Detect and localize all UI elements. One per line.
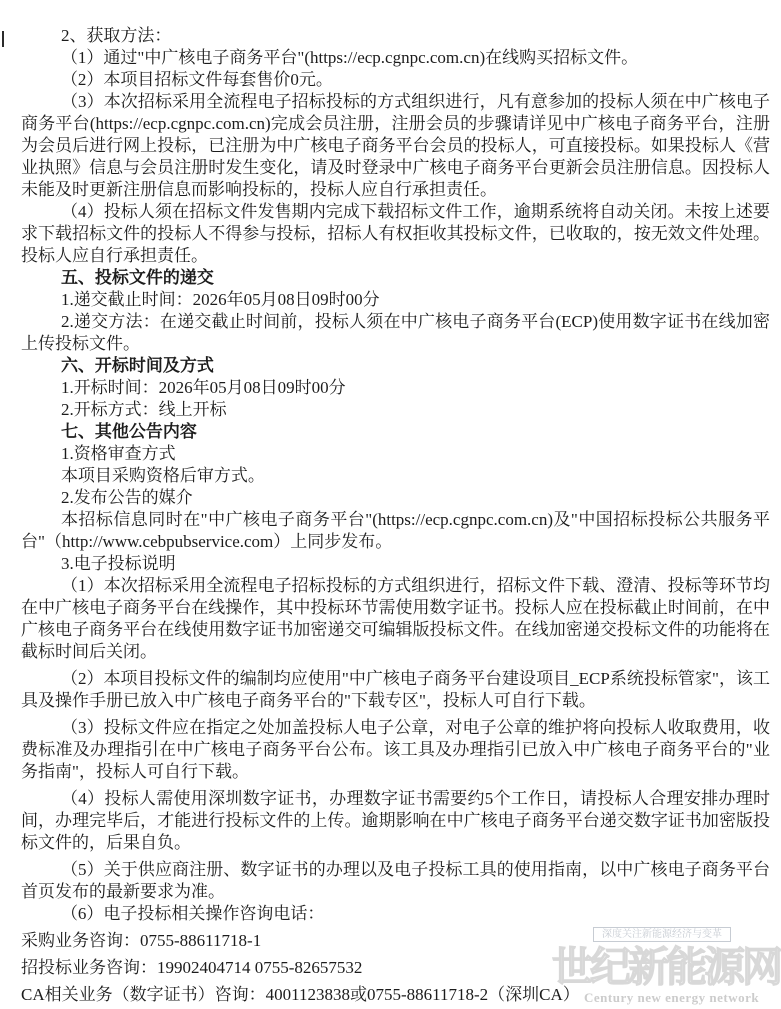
paragraph: 3.电子投标说明	[21, 553, 770, 575]
paragraph: （1）本次招标采用全流程电子招标投标的方式组织进行，招标文件下载、澄清、投标等环…	[21, 575, 770, 663]
paragraph: （4）投标人需使用深圳数字证书，办理数字证书需要约5个工作日，请投标人合理安排办…	[21, 788, 770, 854]
paragraph: CA相关业务（数字证书）咨询：4001123838或0755-88611718-…	[21, 984, 770, 1006]
section-heading: 五、投标文件的递交	[21, 267, 770, 289]
paragraph: 招投标业务咨询：19902404714 0755-82657532	[21, 957, 770, 979]
paragraph: （3）本次招标采用全流程电子招标投标的方式组织进行，凡有意参加的投标人须在中广核…	[21, 91, 770, 201]
paragraph: （2）本项目招标文件每套售价0元。	[21, 69, 770, 91]
paragraph: 2、获取方法：	[21, 25, 770, 47]
paragraph: （3）投标文件应在指定之处加盖投标人电子公章，对电子公章的维护将向投标人收取费用…	[21, 717, 770, 783]
paragraph: （1）通过"中广核电子商务平台"(https://ecp.cgnpc.com.c…	[21, 47, 770, 69]
paragraph: （6）电子投标相关操作咨询电话：	[21, 903, 770, 925]
paragraph: 2.发布公告的媒介	[21, 487, 770, 509]
paragraph: 1.资格审查方式	[21, 443, 770, 465]
paragraph: 2.开标方式：线上开标	[21, 399, 770, 421]
paragraph: 本招标信息同时在"中广核电子商务平台"(https://ecp.cgnpc.co…	[21, 509, 770, 553]
paragraph: （4）投标人须在招标文件发售期内完成下载招标文件工作，逾期系统将自动关闭。未按上…	[21, 201, 770, 267]
paragraph: 1.递交截止时间：2026年05月08日09时00分	[21, 289, 770, 311]
scan-artifact-line	[2, 31, 4, 47]
paragraph: 本项目采购资格后审方式。	[21, 465, 770, 487]
paragraph: 2.递交方法：在递交截止时间前，投标人须在中广核电子商务平台(ECP)使用数字证…	[21, 311, 770, 355]
paragraph: 采购业务咨询：0755-88611718-1	[21, 930, 770, 952]
document-body: 2、获取方法：（1）通过"中广核电子商务平台"(https://ecp.cgnp…	[21, 25, 770, 1006]
section-heading: 六、开标时间及方式	[21, 355, 770, 377]
paragraph: （2）本项目投标文件的编制均应使用"中广核电子商务平台建设项目_ECP系统投标管…	[21, 668, 770, 712]
paragraph: （5）关于供应商注册、数字证书的办理以及电子投标工具的使用指南，以中广核电子商务…	[21, 859, 770, 903]
paragraph: 1.开标时间：2026年05月08日09时00分	[21, 377, 770, 399]
section-heading: 七、其他公告内容	[21, 421, 770, 443]
